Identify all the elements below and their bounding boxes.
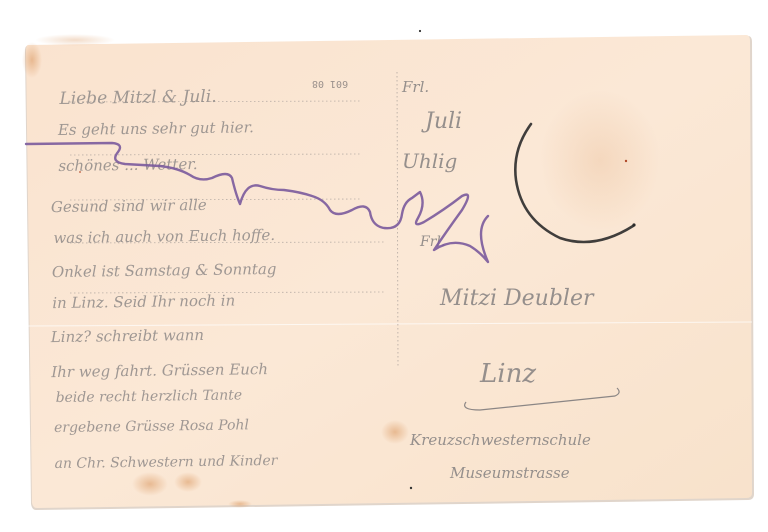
message-line: beide recht herzlich Tante bbox=[56, 387, 243, 406]
message-line: Ihr weg fahrt. Grüssen Euch bbox=[50, 360, 268, 381]
message-line: in Linz. Seid Ihr noch in bbox=[52, 292, 235, 313]
address-line: Frl. bbox=[401, 78, 429, 96]
speck bbox=[625, 160, 627, 162]
stain bbox=[381, 420, 409, 444]
postmark-dot bbox=[632, 223, 635, 226]
stain bbox=[132, 472, 168, 496]
address-line: Mitzi Deubler bbox=[439, 286, 595, 311]
address-line: Frl. bbox=[419, 234, 445, 250]
address-line: Uhlig bbox=[402, 149, 457, 173]
message-line: Gesund sind wir alle bbox=[51, 196, 207, 216]
postcard-scene: 601 08 Liebe Mitzl & Juli. Es geht uns s… bbox=[0, 0, 768, 532]
address-line: Kreuzschwesternschule bbox=[409, 431, 591, 449]
stain bbox=[22, 42, 42, 78]
stain bbox=[228, 500, 252, 508]
stain bbox=[174, 472, 202, 492]
speck bbox=[419, 30, 421, 32]
address-line: Linz bbox=[479, 359, 536, 389]
message-line: Liebe Mitzl & Juli. bbox=[58, 87, 216, 109]
message-line: Linz? schreibt wann bbox=[50, 326, 204, 346]
message-line: an Chr. Schwestern und Kinder bbox=[54, 453, 278, 472]
serial-number: 601 08 bbox=[312, 78, 348, 89]
stain bbox=[35, 34, 115, 46]
message-line: Es geht uns sehr gut hier. bbox=[57, 118, 254, 139]
message-line: Onkel ist Samstag & Sonntag bbox=[52, 260, 277, 281]
stain bbox=[540, 90, 660, 230]
address-line: Museumstrasse bbox=[449, 464, 570, 482]
speck bbox=[410, 487, 412, 489]
speck bbox=[79, 171, 81, 173]
address-line: Juli bbox=[421, 109, 462, 134]
message-line: ergebene Grüsse Rosa Pohl bbox=[54, 417, 249, 436]
message-line: was ich auch von Euch hoffe. bbox=[53, 226, 275, 247]
